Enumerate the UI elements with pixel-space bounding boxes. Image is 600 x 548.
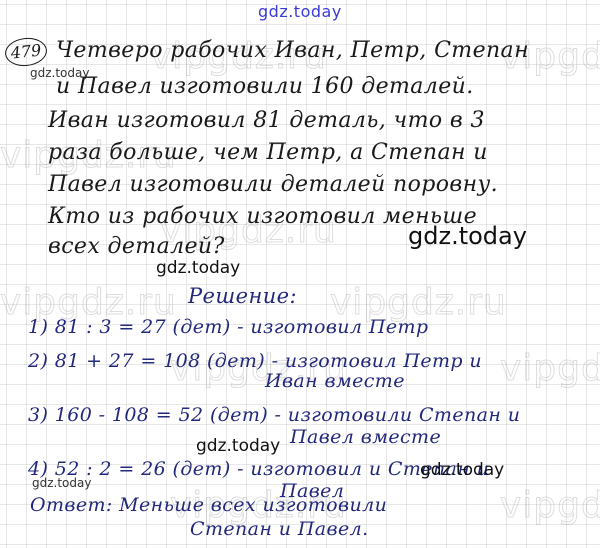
- site-watermark: gdz.today: [408, 222, 527, 250]
- solution-title: Решение:: [188, 284, 297, 308]
- site-watermark: gdz.today: [156, 258, 240, 278]
- site-watermark: gdz.today: [196, 436, 280, 456]
- site-watermark-top: gdz.today: [258, 2, 342, 21]
- answer-line: Ответ: Меньше всех изготовили: [30, 494, 387, 516]
- background-watermark: vipgdz.ru: [500, 485, 600, 526]
- problem-line: Павел изготовили деталей поровну.: [48, 172, 498, 197]
- solution-step-continued: Иван вместе: [265, 370, 405, 392]
- problem-line: всех деталей?: [48, 234, 225, 259]
- problem-line: раза больше, чем Петр, а Степан и: [48, 140, 488, 165]
- problem-line: и Павел изготовили 160 деталей.: [56, 74, 474, 99]
- problem-line: Четверо рабочих Иван, Петр, Степан: [56, 38, 529, 63]
- solution-step: 1) 81 : 3 = 27 (дет) - изготовил Петр: [28, 316, 428, 338]
- problem-line: Иван изготовил 81 деталь, что в 3: [48, 108, 485, 133]
- solution-step: 2) 81 + 27 = 108 (дет) - изготовил Петр …: [28, 350, 482, 372]
- solution-step-continued: Павел вместе: [290, 426, 441, 448]
- background-watermark: vipgdz.ru: [500, 348, 600, 389]
- exercise-number: 479: [4, 36, 49, 68]
- solution-step: 3) 160 - 108 = 52 (дет) - изготовили Сте…: [28, 404, 520, 426]
- site-watermark: gdz.today: [420, 460, 504, 480]
- answer-line: Степан и Павел.: [190, 518, 369, 540]
- site-watermark: gdz.today: [32, 476, 91, 490]
